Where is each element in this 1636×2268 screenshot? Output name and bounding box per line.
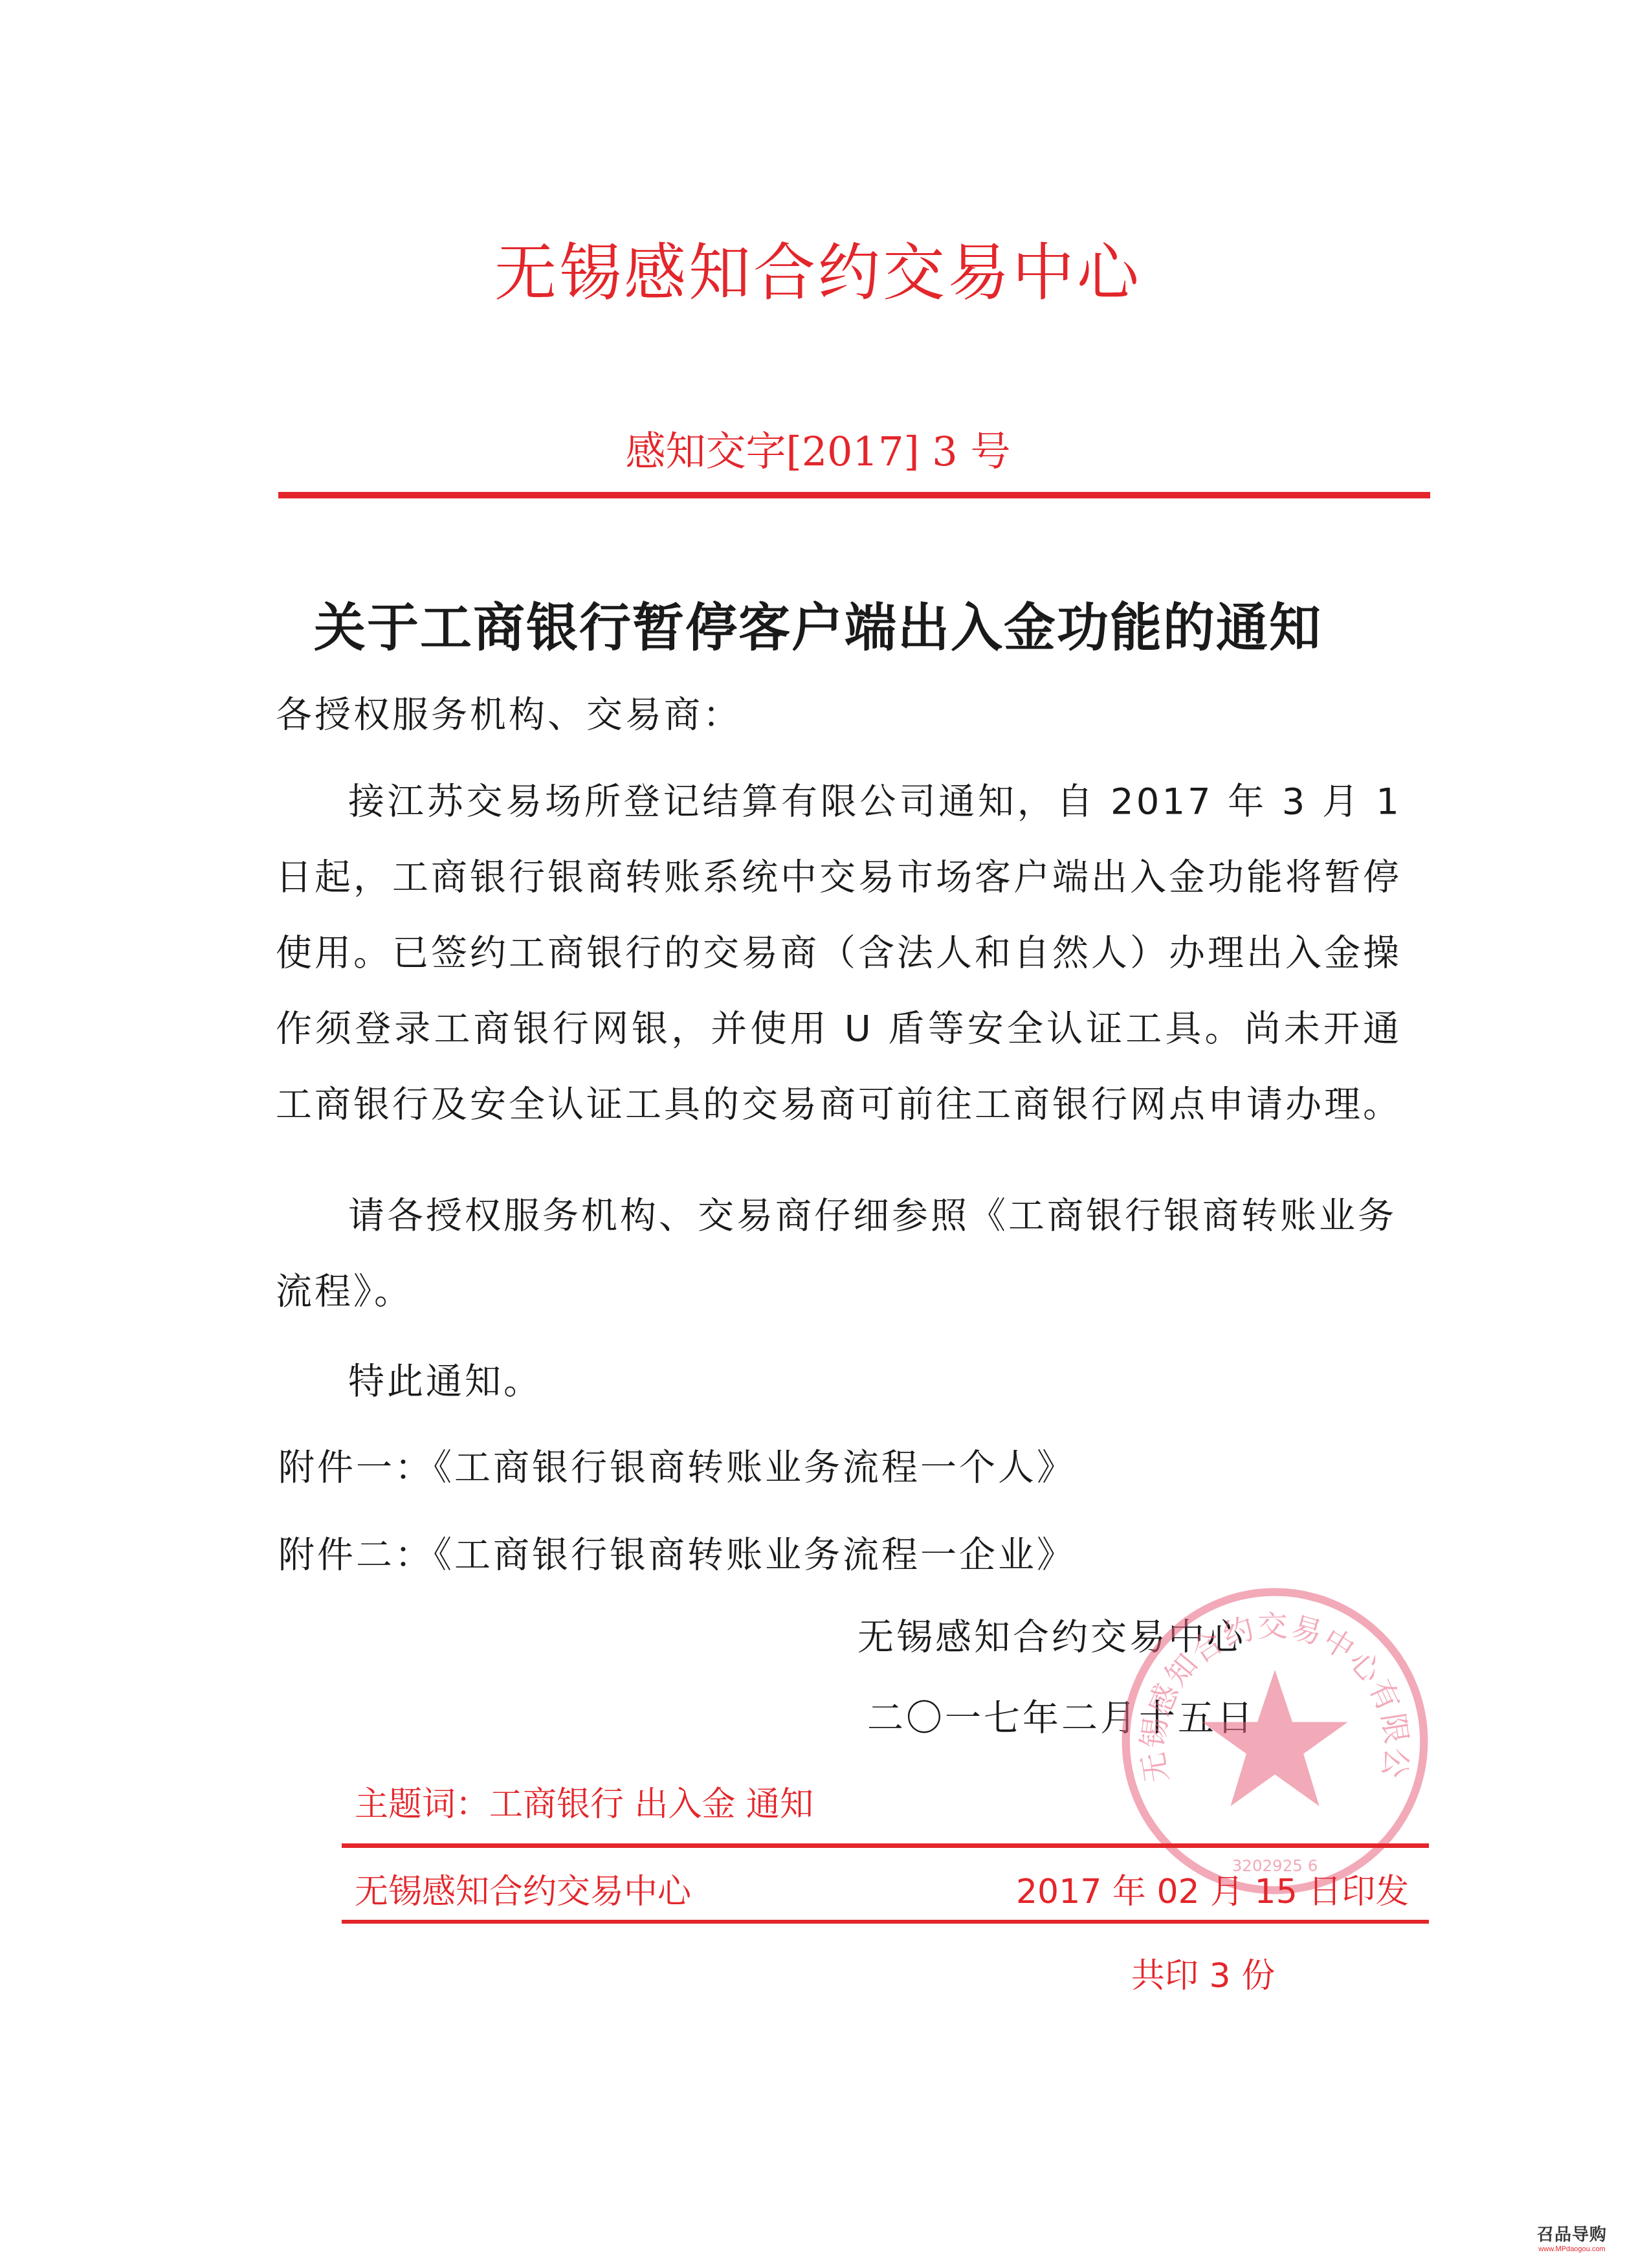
organization-header: 无锡感知合约交易中心 [0,223,1636,312]
closing-line: 特此通知。 [348,1353,542,1405]
keywords-line: 主题词：工商银行 出入金 通知 [355,1777,813,1825]
copies-count: 共印 3 份 [1131,1948,1275,1997]
salutation: 各授权服务机构、交易商： [276,686,742,738]
official-seal-icon: 无锡感知合约交易中心有限公司 3202925 6 [1116,1583,1433,1900]
body-paragraph-2: 请各授权服务机构、交易商仔细参照《工商银行银商转账业务流程》。 [276,1178,1402,1329]
watermark-url: www.MPdaogou.com [1537,2245,1607,2253]
header-divider [278,492,1430,498]
body-paragraph-1: 接江苏交易场所登记结算有限公司通知，自 2017 年 3 月 1 日起，工商银行… [276,764,1402,1142]
watermark: 召品导购 www.MPdaogou.com [1537,2221,1607,2253]
footer-issue-date: 2017 年 02 月 15 日印发 [1016,1864,1409,1913]
notice-title: 关于工商银行暂停客户端出入金功能的通知 [0,586,1636,660]
footer-divider-top [342,1843,1429,1848]
document-number: 感知交字[2017] 3 号 [0,419,1636,477]
footer-divider-bottom [342,1920,1429,1924]
footer-issuer: 无锡感知合约交易中心 [355,1864,691,1913]
attachment-1: 附件一：《工商银行银商转账业务流程一个人》 [278,1439,1076,1491]
attachment-2: 附件二：《工商银行银商转账业务流程一企业》 [278,1526,1076,1578]
watermark-logo: 召品导购 [1537,2221,1607,2245]
